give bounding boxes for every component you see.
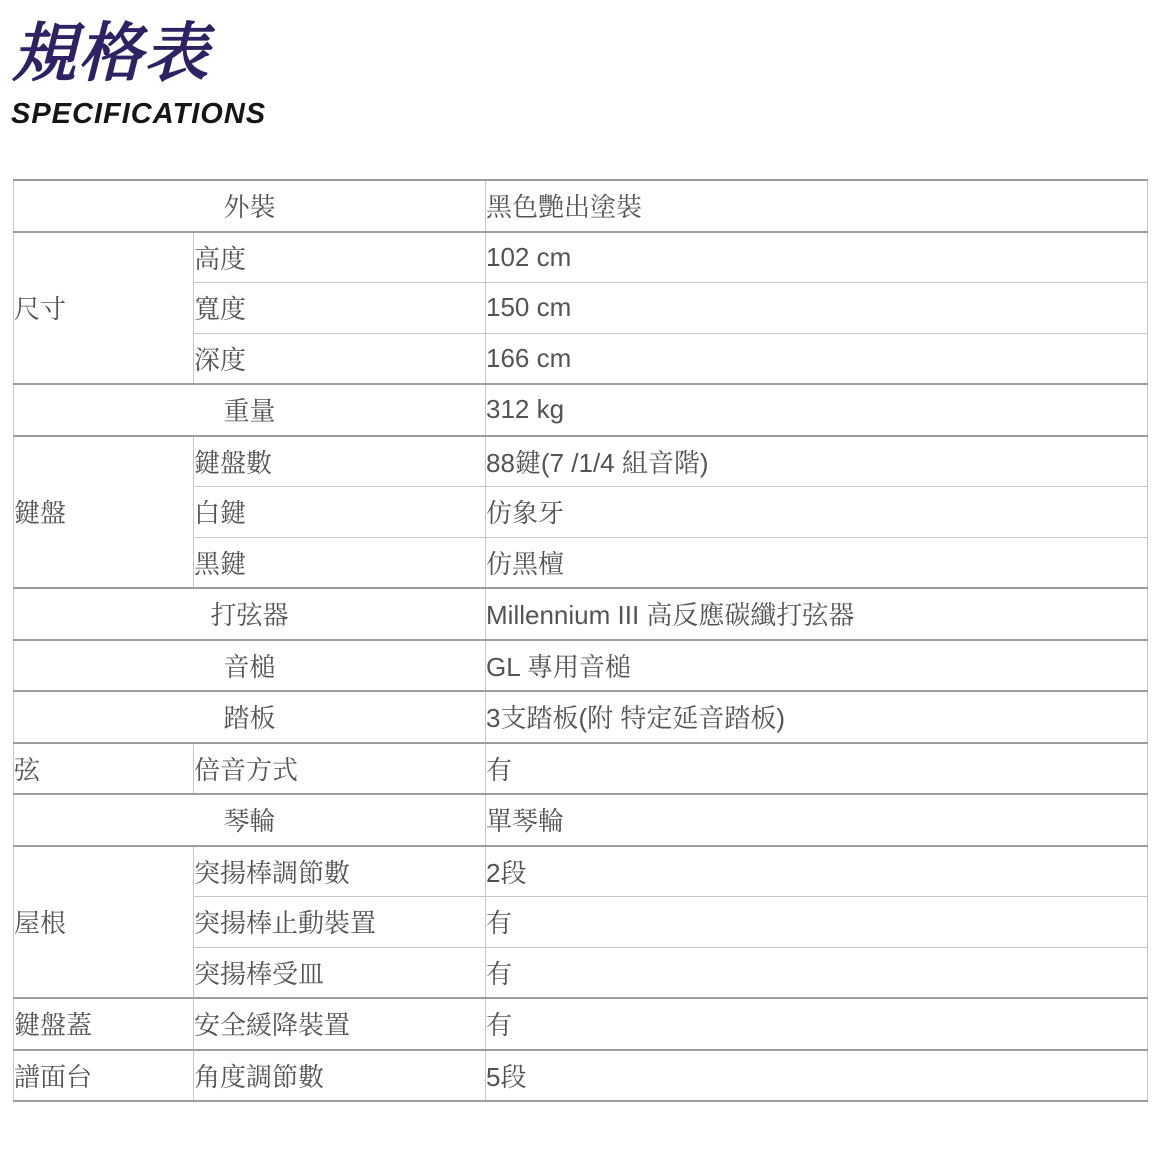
spec-label-cell: 琴輪 — [14, 794, 486, 846]
page-subtitle: SPECIFICATIONS — [11, 98, 266, 131]
table-row: 尺寸 高度 102 cm — [14, 232, 1148, 283]
spec-value-cell: 150 cm — [486, 283, 1148, 334]
spec-value-cell: 仿象牙 — [486, 487, 1148, 538]
spec-value-cell: Millennium III 高反應碳纖打弦器 — [486, 588, 1148, 640]
spec-value-cell: 黑色艷出塗裝 — [486, 180, 1148, 232]
spec-category-cell: 弦 — [14, 743, 194, 795]
spec-label-cell: 倍音方式 — [194, 743, 486, 795]
spec-label-cell: 外裝 — [14, 180, 486, 232]
spec-label-cell: 突揚棒調節數 — [194, 846, 486, 897]
page-title: 規格表 — [12, 18, 210, 88]
spec-value-cell: 3支踏板(附 特定延音踏板) — [486, 691, 1148, 743]
spec-label-cell: 鍵盤數 — [194, 436, 486, 487]
spec-category-cell: 鍵盤蓋 — [14, 998, 194, 1050]
spec-value-cell: 88鍵(7 /1/4 組音階) — [486, 436, 1148, 487]
spec-value-cell: 312 kg — [486, 384, 1148, 436]
table-row: 打弦器 Millennium III 高反應碳纖打弦器 — [14, 588, 1148, 640]
table-row: 鍵盤 鍵盤數 88鍵(7 /1/4 組音階) — [14, 436, 1148, 487]
spec-value-cell: 166 cm — [486, 333, 1148, 384]
table-row: 鍵盤蓋 安全緩降裝置 有 — [14, 998, 1148, 1050]
spec-sheet-page: 規格表 SPECIFICATIONS 外裝 黑色艷出塗裝 尺寸 高度 102 c… — [0, 0, 1160, 1160]
spec-value-cell: 5段 — [486, 1050, 1148, 1102]
table-row: 重量 312 kg — [14, 384, 1148, 436]
spec-label-cell: 音槌 — [14, 640, 486, 692]
table-row: 外裝 黑色艷出塗裝 — [14, 180, 1148, 232]
spec-value-cell: GL 專用音槌 — [486, 640, 1148, 692]
spec-label-cell: 突揚棒受皿 — [194, 947, 486, 998]
spec-category-cell: 屋根 — [14, 846, 194, 999]
spec-label-cell: 重量 — [14, 384, 486, 436]
spec-category-cell: 鍵盤 — [14, 436, 194, 589]
spec-value-cell: 仿黑檀 — [486, 537, 1148, 588]
spec-label-cell: 角度調節數 — [194, 1050, 486, 1102]
table-row: 屋根 突揚棒調節數 2段 — [14, 846, 1148, 897]
table-row: 音槌 GL 專用音槌 — [14, 640, 1148, 692]
spec-label-cell: 打弦器 — [14, 588, 486, 640]
spec-label-cell: 突揚棒止動裝置 — [194, 897, 486, 948]
spec-label-cell: 高度 — [194, 232, 486, 283]
spec-category-cell: 譜面台 — [14, 1050, 194, 1102]
spec-label-cell: 寬度 — [194, 283, 486, 334]
spec-value-cell: 有 — [486, 897, 1148, 948]
spec-value-cell: 102 cm — [486, 232, 1148, 283]
table-row: 琴輪 單琴輪 — [14, 794, 1148, 846]
spec-value-cell: 單琴輪 — [486, 794, 1148, 846]
table-row: 踏板 3支踏板(附 特定延音踏板) — [14, 691, 1148, 743]
table-row: 弦 倍音方式 有 — [14, 743, 1148, 795]
spec-value-cell: 有 — [486, 743, 1148, 795]
spec-value-cell: 有 — [486, 947, 1148, 998]
spec-label-cell: 踏板 — [14, 691, 486, 743]
spec-label-cell: 白鍵 — [194, 487, 486, 538]
specifications-table: 外裝 黑色艷出塗裝 尺寸 高度 102 cm 寬度 150 cm 深度 166 … — [13, 179, 1148, 1102]
spec-value-cell: 2段 — [486, 846, 1148, 897]
spec-label-cell: 黑鍵 — [194, 537, 486, 588]
spec-label-cell: 安全緩降裝置 — [194, 998, 486, 1050]
table-row: 譜面台 角度調節數 5段 — [14, 1050, 1148, 1102]
spec-value-cell: 有 — [486, 998, 1148, 1050]
spec-category-cell: 尺寸 — [14, 232, 194, 385]
spec-label-cell: 深度 — [194, 333, 486, 384]
